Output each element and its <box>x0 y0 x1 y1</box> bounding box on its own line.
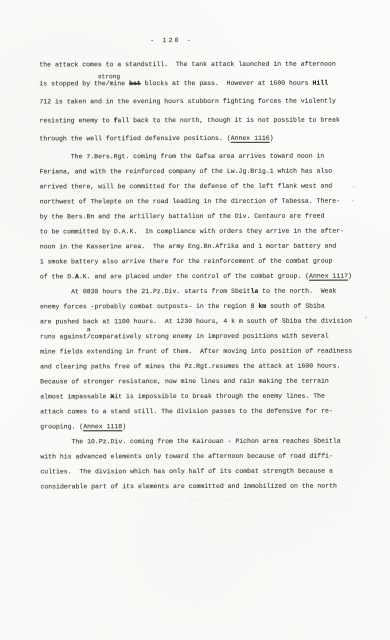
text-line: through the well fortified defensive pos… <box>40 130 370 149</box>
text-segment: blocks at the pass. However at 1600 hour… <box>141 79 313 86</box>
text-line: of the D.A.K. and are placed under the c… <box>40 268 370 284</box>
page-number: - 120 - <box>150 37 193 44</box>
text-line: culties. The division which has only hal… <box>40 463 370 479</box>
paragraph: The 10.Pz.Div. coming from the Kairouan … <box>40 433 370 494</box>
text-segment: it is impossible to break through the en… <box>114 392 325 400</box>
text-line: considerable part of its elements are co… <box>40 478 370 494</box>
text-segment: to be committed by D.A.K. In compliance … <box>40 227 344 235</box>
text-segment: grouping. ( <box>40 423 83 430</box>
text-segment: to the north. Weak <box>258 287 336 294</box>
page-text-block: the attack comes to a standstill. The ta… <box>39 56 370 494</box>
annex-reference: Annex 1117 <box>309 272 348 279</box>
text-segment: noon in the Kasserine area. The army Eng… <box>40 242 336 250</box>
text-segment: ) <box>270 135 274 142</box>
text-segment: northwest of Thelepte on the road leadin… <box>40 197 340 205</box>
text-segment: by the Bers.Bn and the artillery battali… <box>40 212 325 220</box>
scan-speck <box>352 200 354 202</box>
text-segment: 1 smoke battery also arrive there for th… <box>40 257 333 265</box>
text-segment: resisting enemy to <box>39 117 113 124</box>
text-line: northwest of Thelepte on the road leadin… <box>40 193 370 209</box>
faded-ghost-text: ·— —·· ·—· —— ··· —— ·— <box>132 496 252 503</box>
text-line: grouping. (Annex 1118) <box>40 418 370 434</box>
annex-reference: Annex 1116 <box>231 135 270 142</box>
interlinear-insertion: a <box>87 322 91 337</box>
text-segment: Because of stronger resistance, now mine… <box>40 377 329 385</box>
text-segment: ) <box>122 423 126 430</box>
text-segment: At 0830 hours the 21.Pz.Div. starts from… <box>71 287 250 294</box>
text-segment: south of Sbiba <box>266 302 325 309</box>
text-line: strongis stopped by the/mine bat blocks … <box>39 74 369 93</box>
text-segment: considerable part of its elements are co… <box>40 482 336 490</box>
text-segment: .K. and are placed under the control of … <box>79 272 309 280</box>
text-segment: and clearing paths free of mines the Pz.… <box>40 362 340 370</box>
text-segment: attack comes to a stand still. The divis… <box>40 407 333 415</box>
text-line: The 10.Pz.Div. coming from the Kairouan … <box>40 433 370 449</box>
paragraph: At 0830 hours the 21.Pz.Div. starts from… <box>40 283 370 434</box>
text-line: aruns against/comparatively strong enemy… <box>40 328 370 344</box>
paragraph: The 7.Bers.Rgt. coming from the Gafsa ar… <box>40 148 370 284</box>
text-segment: enemy forces -probably combat outposts- … <box>40 302 258 310</box>
text-segment: bat <box>129 80 141 87</box>
text-segment: arrived there, will be committed for the… <box>40 182 333 190</box>
text-line: almost impassable Xit is impossible to b… <box>40 388 370 404</box>
text-segment: with his advanced elements only toward t… <box>40 452 333 460</box>
text-line: mine fields extending in front of them. … <box>40 343 370 359</box>
text-segment: through the well fortified defensive pos… <box>40 135 231 143</box>
scan-speck <box>258 273 260 275</box>
scan-speck <box>365 317 367 319</box>
text-segment: culties. The division which has only hal… <box>40 467 333 475</box>
text-line: 1 smoke battery also arrive there for th… <box>40 253 370 269</box>
scan-speck <box>353 186 355 188</box>
text-segment: of the D. <box>40 273 75 280</box>
text-line: the attack comes to a standstill. The ta… <box>39 56 369 75</box>
text-line: Because of stronger resistance, now mine… <box>40 373 370 389</box>
text-segment: runs against/comparatively strong enemy … <box>40 332 329 340</box>
text-line: attack comes to a stand still. The divis… <box>40 403 370 419</box>
text-segment: Hill <box>312 79 328 86</box>
text-line: with his advanced elements only toward t… <box>40 448 370 464</box>
document-page: - 120 - the attack comes to a standstill… <box>0 0 390 640</box>
text-segment: The 10.Pz.Div. coming from the Kairouan … <box>71 437 340 445</box>
text-line: At 0830 hours the 21.Pz.Div. starts from… <box>40 283 370 299</box>
text-segment: the attack comes to a standstill. The ta… <box>39 61 335 69</box>
text-line: resisting enemy to fall back to the nort… <box>39 111 369 130</box>
text-line: The 7.Bers.Rgt. coming from the Gafsa ar… <box>40 148 370 164</box>
text-line: by the Bers.Bn and the artillery battali… <box>40 208 370 224</box>
text-line: noon in the Kasserine area. The army Eng… <box>40 238 370 254</box>
text-line: Feriana, and with the reinforced company… <box>40 163 370 179</box>
text-segment: Feriana, and with the reinforced company… <box>40 167 333 175</box>
text-line: 712 is taken and in the evening hours st… <box>39 93 369 112</box>
text-segment: ) <box>348 272 352 279</box>
text-segment: 712 is taken and in the evening hours st… <box>39 98 335 106</box>
text-segment: The 7.Bers.Rgt. coming from the Gafsa ar… <box>71 152 325 160</box>
interlinear-insertion: strong <box>98 68 120 87</box>
paragraph: the attack comes to a standstill. The ta… <box>39 56 369 149</box>
text-segment: almost impassable <box>40 393 110 400</box>
text-segment: all back to the north, though it is not … <box>117 116 339 124</box>
text-line: arrived there, will be committed for the… <box>40 178 370 194</box>
text-line: to be committed by D.A.K. In compliance … <box>40 223 370 239</box>
annex-reference: Annex 1118 <box>83 423 122 430</box>
text-line: enemy forces -probably combat outposts- … <box>40 298 370 314</box>
text-line: and clearing paths free of mines the Pz.… <box>40 358 370 374</box>
text-segment: mine fields extending in front of them. … <box>40 347 352 355</box>
